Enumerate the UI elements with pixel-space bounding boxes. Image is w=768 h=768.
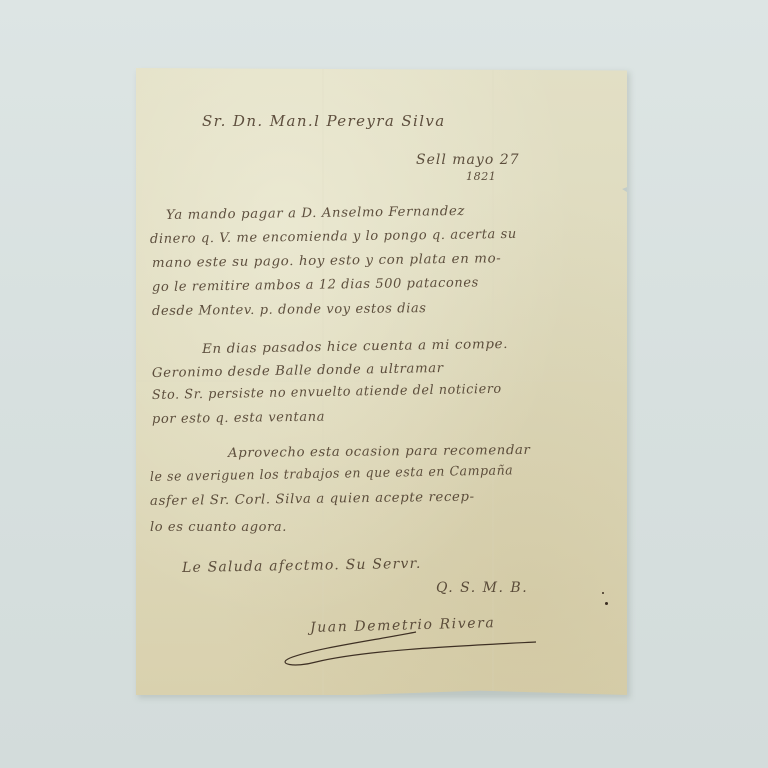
body-line: lo es cuanto agora. [150, 520, 287, 535]
body-line: En dias pasados hice cuenta a mi compe. [202, 337, 508, 357]
body-line: dinero q. V. me encomienda y lo pongo q.… [150, 227, 517, 247]
salutation: Sr. Dn. Man.l Pereyra Silva [202, 112, 446, 130]
fold-crease-horizontal [136, 380, 627, 382]
body-line: Geronimo desde Balle donde a ultramar [152, 361, 444, 381]
letter-page: Sr. Dn. Man.l Pereyra Silva Sell mayo 27… [136, 68, 627, 695]
signature-flourish [276, 620, 556, 670]
body-line: asfer el Sr. Corl. Silva a quien acepte … [150, 490, 475, 509]
closing-line: Q. S. M. B. [436, 580, 528, 596]
body-line: mano este su pago. hoy esto y con plata … [152, 251, 502, 271]
closing-line: Le Saluda afectmo. Su Servr. [182, 556, 422, 576]
body-line: Aprovecho esta ocasion para recomendar [228, 443, 531, 461]
body-line: Sto. Sr. persiste no envuelto atiende de… [152, 382, 502, 403]
body-line: desde Montev. p. donde voy estos dias [152, 301, 427, 319]
body-line: Ya mando pagar a D. Anselmo Fernandez [166, 204, 465, 223]
ink-mark [605, 602, 608, 605]
body-line: le se averiguen los trabajos en que esta… [150, 463, 514, 485]
ink-mark [602, 592, 604, 594]
place-date: Sell mayo 27 [416, 152, 520, 168]
body-line: por esto q. esta ventana [152, 410, 325, 427]
body-line: go le remitire ambos a 12 dias 500 patac… [152, 275, 479, 295]
year: 1821 [466, 170, 496, 183]
